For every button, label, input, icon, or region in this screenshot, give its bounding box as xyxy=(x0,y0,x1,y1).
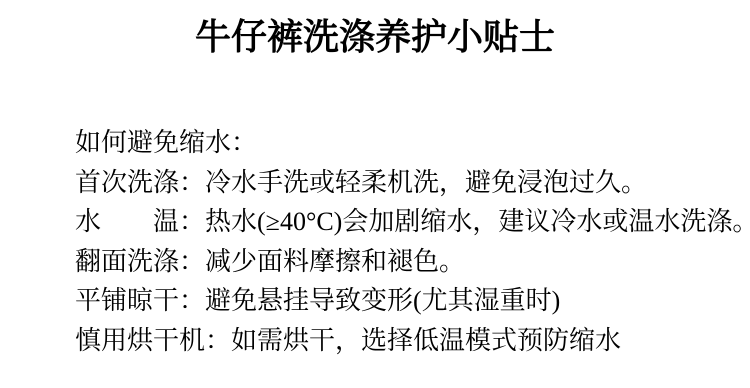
tip-text: 避免悬挂导致变形(尤其湿重时) xyxy=(205,286,560,315)
page-title: 牛仔裤洗涤养护小贴士 xyxy=(0,13,750,61)
tip-label: 慎用烘干机： xyxy=(75,326,231,355)
tip-text: 减少面料摩擦和褪色。 xyxy=(205,247,465,276)
tip-text: 冷水手洗或轻柔机洗，避免浸泡过久。 xyxy=(205,168,647,197)
tip-label: 平铺晾干： xyxy=(75,286,205,315)
section-heading: 如何避免缩水： xyxy=(75,123,735,163)
tip-line-inside-out-wash: 翻面洗涤：减少面料摩擦和褪色。 xyxy=(75,242,735,282)
care-tips-card: 牛仔裤洗涤养护小贴士 如何避免缩水： 首次洗涤：冷水手洗或轻柔机洗，避免浸泡过久… xyxy=(0,0,750,388)
tip-label: 翻面洗涤： xyxy=(75,247,205,276)
tip-line-water-temperature: 水 温：热水(≥40°C)会加剧缩水，建议冷水或温水洗涤。 xyxy=(75,202,735,242)
tip-text: 如需烘干，选择低温模式预防缩水 xyxy=(231,326,621,355)
tip-label: 水 温： xyxy=(75,207,205,236)
tips-body: 如何避免缩水： 首次洗涤：冷水手洗或轻柔机洗，避免浸泡过久。 水 温：热水(≥4… xyxy=(75,123,735,361)
tip-line-dryer-caution: 慎用烘干机：如需烘干，选择低温模式预防缩水 xyxy=(75,321,735,361)
tip-text: 热水(≥40°C)会加剧缩水，建议冷水或温水洗涤。 xyxy=(205,207,750,236)
tip-line-flat-dry: 平铺晾干：避免悬挂导致变形(尤其湿重时) xyxy=(75,281,735,321)
tip-label: 首次洗涤： xyxy=(75,168,205,197)
tip-line-first-wash: 首次洗涤：冷水手洗或轻柔机洗，避免浸泡过久。 xyxy=(75,163,735,203)
